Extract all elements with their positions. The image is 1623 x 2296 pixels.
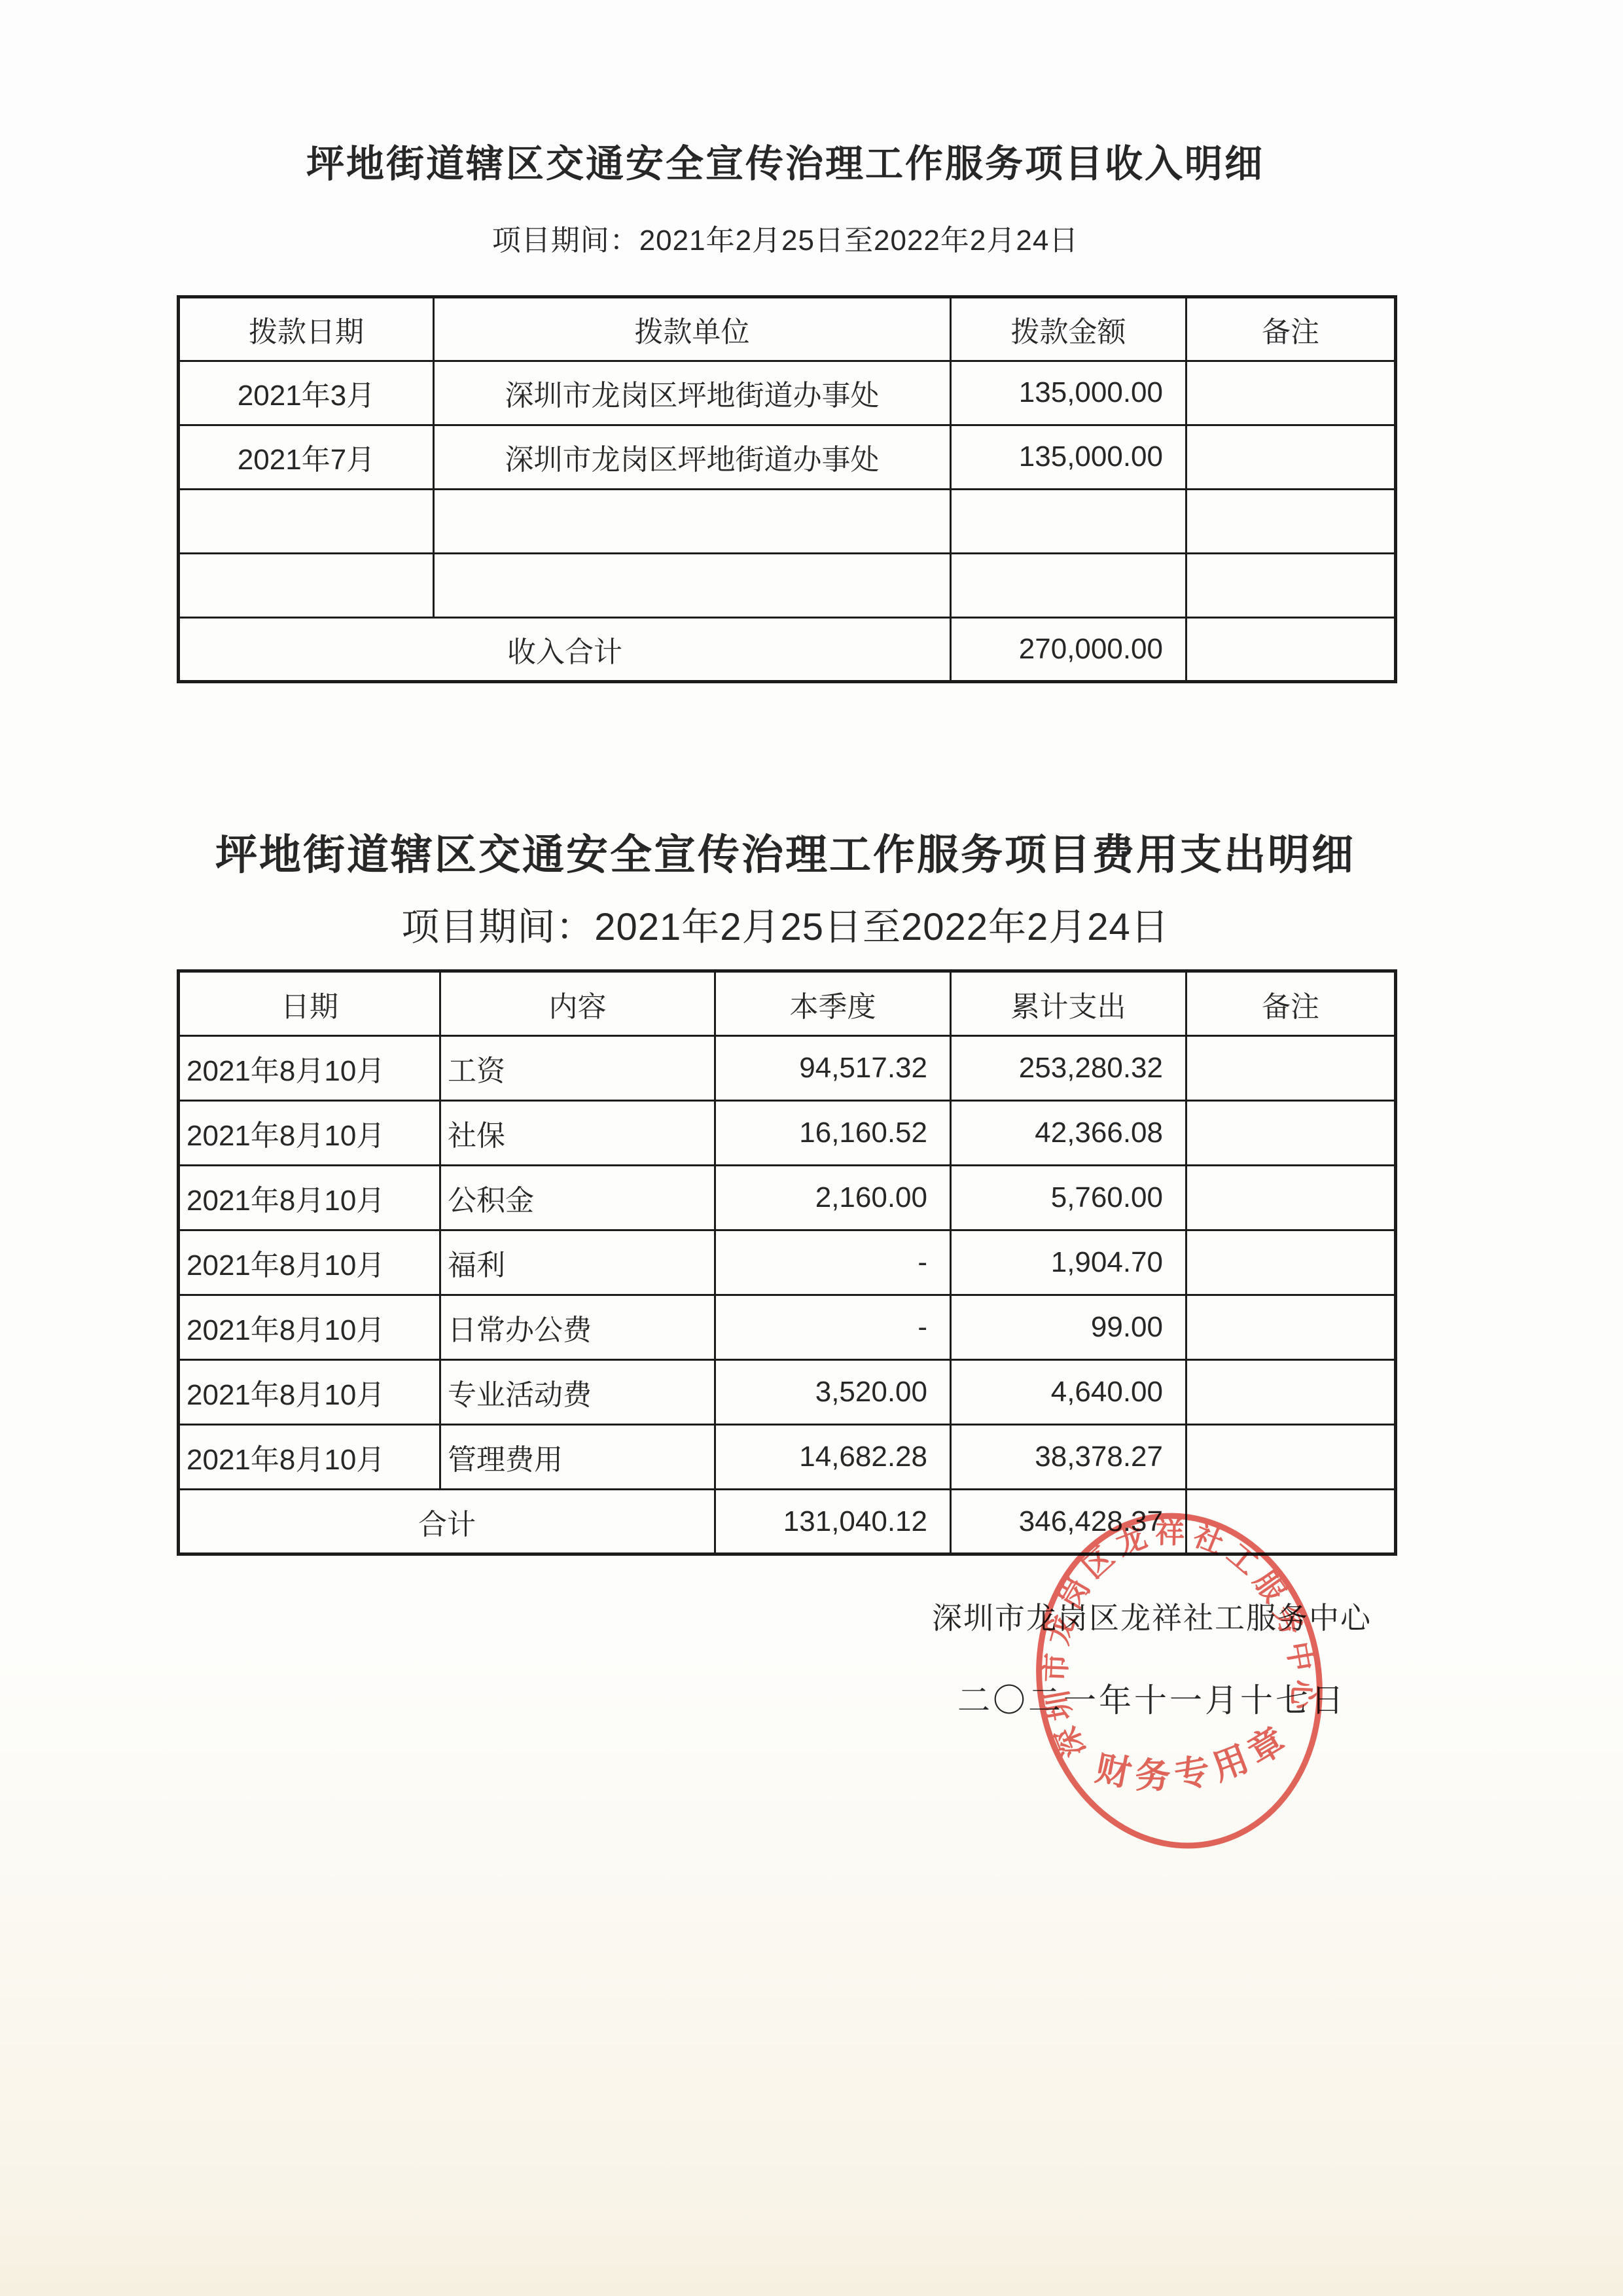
income-cell-unit: 深圳市龙岗区坪地街道办事处 [434,425,951,489]
expense-cell-note [1186,1166,1396,1230]
expense-cell-content: 专业活动费 [440,1360,715,1425]
expense-row: 2021年8月10月 社保 16,160.52 42,366.08 [179,1101,1396,1166]
income-total-note [1186,617,1396,681]
finance-seal-stamp: 深圳市龙岗区龙祥社工服务中心 财务专用章 [1001,1480,1359,1881]
expense-row: 2021年8月10月 公积金 2,160.00 5,760.00 [179,1166,1396,1230]
document-content: 坪地街道辖区交通安全宣传治理工作服务项目收入明细 项目期间：2021年2月25日… [177,0,1394,1556]
expense-cell-date: 2021年8月10月 [179,1101,440,1166]
expense-col-header-note: 备注 [1186,971,1396,1036]
expense-cell-date: 2021年8月10月 [179,1036,440,1101]
expense-cell-quarter: 16,160.52 [715,1101,951,1166]
income-cell-note [1186,489,1396,553]
expense-cell-quarter: - [715,1230,951,1295]
expense-cell-cumulative: 99.00 [951,1295,1186,1360]
income-table: 拨款日期 拨款单位 拨款金额 备注 2021年3月 深圳市龙岗区坪地街道办事处 … [177,295,1397,683]
expense-row: 2021年8月10月 管理费用 14,682.28 38,378.27 [179,1425,1396,1490]
expense-cell-cumulative: 42,366.08 [951,1101,1186,1166]
income-col-header-note: 备注 [1186,296,1396,361]
expense-cell-quarter: 2,160.00 [715,1166,951,1230]
income-project-period: 项目期间：2021年2月25日至2022年2月24日 [177,217,1394,259]
income-cell-note [1186,553,1396,617]
scanned-document-page: 坪地街道辖区交通安全宣传治理工作服务项目收入明细 项目期间：2021年2月25日… [0,0,1623,2296]
expense-cell-date: 2021年8月10月 [179,1425,440,1490]
expense-cell-cumulative: 253,280.32 [951,1036,1186,1101]
expense-cell-content: 社保 [440,1101,715,1166]
expense-cell-content: 工资 [440,1036,715,1101]
expense-cell-content: 管理费用 [440,1425,715,1490]
income-cell-date: 2021年7月 [179,425,434,489]
income-cell-amount [951,489,1186,553]
svg-text:财务专用章: 财务专用章 [1086,1714,1302,1810]
expense-header-row: 日期 内容 本季度 累计支出 备注 [179,971,1396,1036]
income-row-empty [179,553,1396,617]
expense-cell-note [1186,1425,1396,1490]
income-section-title: 坪地街道辖区交通安全宣传治理工作服务项目收入明细 [177,143,1394,187]
expense-project-period: 项目期间：2021年2月25日至2022年2月24日 [177,896,1394,951]
income-cell-note [1186,361,1396,425]
income-col-header-amount: 拨款金额 [951,296,1186,361]
expense-total-label: 合计 [179,1490,715,1554]
expense-cell-date: 2021年8月10月 [179,1230,440,1295]
expense-cell-content: 福利 [440,1230,715,1295]
expense-cell-note [1186,1295,1396,1360]
income-row: 2021年7月 深圳市龙岗区坪地街道办事处 135,000.00 [179,425,1396,489]
expense-cell-cumulative: 4,640.00 [951,1360,1186,1425]
income-total-row: 收入合计 270,000.00 [179,617,1396,681]
expense-cell-date: 2021年8月10月 [179,1166,440,1230]
expense-cell-note [1186,1360,1396,1425]
income-cell-date: 2021年3月 [179,361,434,425]
expense-cell-quarter: 94,517.32 [715,1036,951,1101]
income-cell-unit: 深圳市龙岗区坪地街道办事处 [434,361,951,425]
expense-cell-note [1186,1101,1396,1166]
expense-section-title: 坪地街道辖区交通安全宣传治理工作服务项目费用支出明细 [177,831,1394,880]
expense-cell-date: 2021年8月10月 [179,1360,440,1425]
expense-row: 2021年8月10月 专业活动费 3,520.00 4,640.00 [179,1360,1396,1425]
expense-cell-date: 2021年8月10月 [179,1295,440,1360]
expense-total-quarter: 131,040.12 [715,1490,951,1554]
expense-cell-content: 日常办公费 [440,1295,715,1360]
expense-col-header-content: 内容 [440,971,715,1036]
expense-row: 2021年8月10月 福利 - 1,904.70 [179,1230,1396,1295]
expense-cell-quarter: 14,682.28 [715,1425,951,1490]
income-row-empty [179,489,1396,553]
expense-row: 2021年8月10月 日常办公费 - 99.00 [179,1295,1396,1360]
expense-row: 2021年8月10月 工资 94,517.32 253,280.32 [179,1036,1396,1101]
income-cell-note [1186,425,1396,489]
income-cell-unit [434,489,951,553]
income-row: 2021年3月 深圳市龙岗区坪地街道办事处 135,000.00 [179,361,1396,425]
expense-cell-note [1186,1230,1396,1295]
income-col-header-unit: 拨款单位 [434,296,951,361]
expense-col-header-cumulative: 累计支出 [951,971,1186,1036]
expense-cell-note [1186,1036,1396,1101]
income-col-header-date: 拨款日期 [179,296,434,361]
expense-col-header-date: 日期 [179,971,440,1036]
expense-cell-quarter: 3,520.00 [715,1360,951,1425]
income-cell-amount [951,553,1186,617]
income-cell-date [179,489,434,553]
income-cell-amount: 135,000.00 [951,361,1186,425]
expense-cell-content: 公积金 [440,1166,715,1230]
expense-cell-cumulative: 5,760.00 [951,1166,1186,1230]
expense-cell-quarter: - [715,1295,951,1360]
expense-cell-cumulative: 1,904.70 [951,1230,1186,1295]
income-header-row: 拨款日期 拨款单位 拨款金额 备注 [179,296,1396,361]
income-total-label: 收入合计 [179,617,951,681]
expense-table: 日期 内容 本季度 累计支出 备注 2021年8月10月 工资 94,517.3… [177,969,1397,1556]
income-cell-date [179,553,434,617]
income-cell-unit [434,553,951,617]
expense-col-header-quarter: 本季度 [715,971,951,1036]
income-cell-amount: 135,000.00 [951,425,1186,489]
expense-cell-cumulative: 38,378.27 [951,1425,1186,1490]
stamp-bottom-text: 财务专用章 [1086,1714,1302,1810]
income-total-amount: 270,000.00 [951,617,1186,681]
